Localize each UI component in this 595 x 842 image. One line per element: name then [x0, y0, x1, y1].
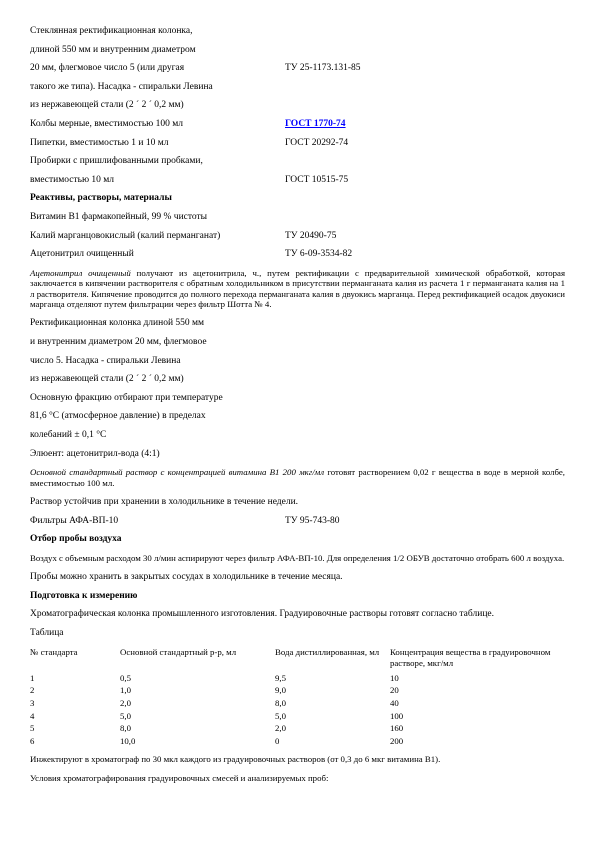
apparatus-line-ref	[285, 26, 565, 36]
calibration-table: № стандартаОсновной стандартный р-р, млВ…	[30, 646, 565, 747]
footer-para1: Инжектируют в хроматограф по 30 мкл кажд…	[30, 754, 565, 764]
table-cell: 8,0	[120, 722, 275, 735]
filters-ref: ТУ 95-743-80	[285, 516, 565, 526]
apparatus-line-text: Колбы мерные, вместимостью 100 мл	[30, 119, 285, 129]
gost-link[interactable]: ГОСТ 1770-74	[285, 119, 565, 129]
storage-line: Раствор устойчив при хранении в холодиль…	[30, 497, 565, 507]
column-description-lines: Ректификационная колонка длиной 550 мми …	[30, 318, 565, 384]
apparatus-line: Реактивы, растворы, материалы	[30, 193, 565, 203]
table-cell: 160	[390, 722, 565, 735]
table-cell: 100	[390, 710, 565, 723]
table-cell: 5,0	[120, 710, 275, 723]
apparatus-line-text: 20 мм, флегмовое число 5 (или другая	[30, 63, 285, 73]
table-cell: 3	[30, 697, 120, 710]
table-cell: 2,0	[120, 697, 275, 710]
fraction-lines: Основную фракцию отбирают при температур…	[30, 393, 565, 440]
apparatus-line-ref: ТУ 6-09-3534-82	[285, 249, 565, 259]
table-caption: Таблица	[30, 628, 565, 638]
apparatus-line-text: Пробирки с пришлифованными пробками,	[30, 156, 285, 166]
note-acetonitrile-lead: Ацетонитрил очищенный	[30, 268, 131, 278]
column-line: и внутренним диаметром 20 мм, флегмовое	[30, 337, 565, 347]
eluent-line: Элюент: ацетонитрил-вода (4:1)	[30, 449, 565, 459]
table-cell: 1,0	[120, 685, 275, 698]
apparatus-line-text: Калий марганцовокислый (калий пермангана…	[30, 231, 285, 241]
table-cell: 2,0	[275, 722, 390, 735]
table-cell: 6	[30, 735, 120, 748]
apparatus-line-text: вместимостью 10 мл	[30, 175, 285, 185]
apparatus-line-text: Стеклянная ректификационная колонка,	[30, 26, 285, 36]
table-cell: 4	[30, 710, 120, 723]
table-header-row: № стандартаОсновной стандартный р-р, млВ…	[30, 646, 565, 669]
apparatus-line: Ацетонитрил очищенныйТУ 6-09-3534-82	[30, 249, 565, 259]
fraction-line: 81,6 °C (атмосферное давление) в предела…	[30, 411, 565, 421]
apparatus-line-text: Реактивы, растворы, материалы	[30, 193, 285, 203]
table-cell: 9,5	[275, 672, 390, 685]
table-row: 32,08,040	[30, 697, 565, 710]
table-cell: 2	[30, 685, 120, 698]
table-row: 21,09,020	[30, 685, 565, 698]
table-row: 58,02,0160	[30, 722, 565, 735]
table-row: 610,00200	[30, 735, 565, 748]
apparatus-line-text: длиной 550 мм и внутренним диаметром	[30, 45, 285, 55]
apparatus-line-ref	[285, 212, 565, 222]
table-cell: 20	[390, 685, 565, 698]
apparatus-line-text: Ацетонитрил очищенный	[30, 249, 285, 259]
fraction-line: Основную фракцию отбирают при температур…	[30, 393, 565, 403]
table-header-cell: Основной стандартный р-р, мл	[120, 646, 275, 669]
apparatus-line: такого же типа). Насадка - спиральки Лев…	[30, 82, 565, 92]
preparation-para1: Хроматографическая колонка промышленного…	[30, 609, 565, 619]
section-heading-sampling: Отбор пробы воздуха	[30, 534, 565, 544]
table-cell: 5,0	[275, 710, 390, 723]
table-header-cell: № стандарта	[30, 646, 120, 669]
apparatus-line: Калий марганцовокислый (калий пермангана…	[30, 231, 565, 241]
table-cell: 9,0	[275, 685, 390, 698]
apparatus-line-text: такого же типа). Насадка - спиральки Лев…	[30, 82, 285, 92]
apparatus-line: из нержавеющей стали (2 ´ 2 ´ 0,2 мм)	[30, 100, 565, 110]
apparatus-line-ref: ГОСТ 10515-75	[285, 175, 565, 185]
document-page: Стеклянная ректификационная колонка,длин…	[0, 0, 595, 783]
filters-line: Фильтры АФА-ВП-10 ТУ 95-743-80	[30, 516, 565, 526]
apparatus-line: вместимостью 10 млГОСТ 10515-75	[30, 175, 565, 185]
table-cell: 0	[275, 735, 390, 748]
apparatus-line-text: из нержавеющей стали (2 ´ 2 ´ 0,2 мм)	[30, 100, 285, 110]
apparatus-list: Стеклянная ректификационная колонка,длин…	[30, 26, 565, 259]
apparatus-line-ref: ТУ 20490-75	[285, 231, 565, 241]
table-cell: 10,0	[120, 735, 275, 748]
table-cell: 10	[390, 672, 565, 685]
table-cell: 0,5	[120, 672, 275, 685]
apparatus-line: Стеклянная ректификационная колонка,	[30, 26, 565, 36]
table-cell: 8,0	[275, 697, 390, 710]
apparatus-line-text: Витамин В1 фармакопейный, 99 % чистоты	[30, 212, 285, 222]
apparatus-line: Витамин В1 фармакопейный, 99 % чистоты	[30, 212, 565, 222]
table-cell: 1	[30, 672, 120, 685]
note-standard-solution: Основной стандартный раствор с концентра…	[30, 467, 565, 488]
apparatus-line: Пипетки, вместимостью 1 и 10 млГОСТ 2029…	[30, 138, 565, 148]
fraction-line: колебаний ± 0,1 °C	[30, 430, 565, 440]
filters-text: Фильтры АФА-ВП-10	[30, 516, 285, 526]
table-row: 10,59,510	[30, 672, 565, 685]
note-standard-solution-lead: Основной стандартный раствор с концентра…	[30, 467, 324, 477]
sampling-para1: Воздух с объемным расходом 30 л/мин аспи…	[30, 553, 565, 563]
apparatus-line-ref	[285, 100, 565, 110]
table-row: 45,05,0100	[30, 710, 565, 723]
apparatus-line-ref: ГОСТ 20292-74	[285, 138, 565, 148]
apparatus-line-ref	[285, 45, 565, 55]
apparatus-line: 20 мм, флегмовое число 5 (или другаяТУ 2…	[30, 63, 565, 73]
section-heading-preparation: Подготовка к измерению	[30, 591, 565, 601]
column-line: число 5. Насадка - спиральки Левина	[30, 356, 565, 366]
apparatus-line-ref: ТУ 25-1173.131-85	[285, 63, 565, 73]
apparatus-line: длиной 550 мм и внутренним диаметром	[30, 45, 565, 55]
table-header-cell: Концентрация вещества в градуировочном р…	[390, 646, 565, 669]
sampling-para2: Пробы можно хранить в закрытых сосудах в…	[30, 572, 565, 582]
column-line: из нержавеющей стали (2 ´ 2 ´ 0,2 мм)	[30, 374, 565, 384]
apparatus-line: Пробирки с пришлифованными пробками,	[30, 156, 565, 166]
apparatus-line-ref	[285, 156, 565, 166]
table-header-cell: Вода дистиллированная, мл	[275, 646, 390, 669]
table-cell: 200	[390, 735, 565, 748]
table-cell: 40	[390, 697, 565, 710]
footer-para2: Условия хроматографирования градуировочн…	[30, 773, 565, 783]
note-acetonitrile: Ацетонитрил очищенный получают из ацетон…	[30, 268, 565, 310]
apparatus-line-text: Пипетки, вместимостью 1 и 10 мл	[30, 138, 285, 148]
column-line: Ректификационная колонка длиной 550 мм	[30, 318, 565, 328]
apparatus-line-ref	[285, 193, 565, 203]
apparatus-line: Колбы мерные, вместимостью 100 млГОСТ 17…	[30, 119, 565, 129]
table-cell: 5	[30, 722, 120, 735]
apparatus-line-ref	[285, 82, 565, 92]
